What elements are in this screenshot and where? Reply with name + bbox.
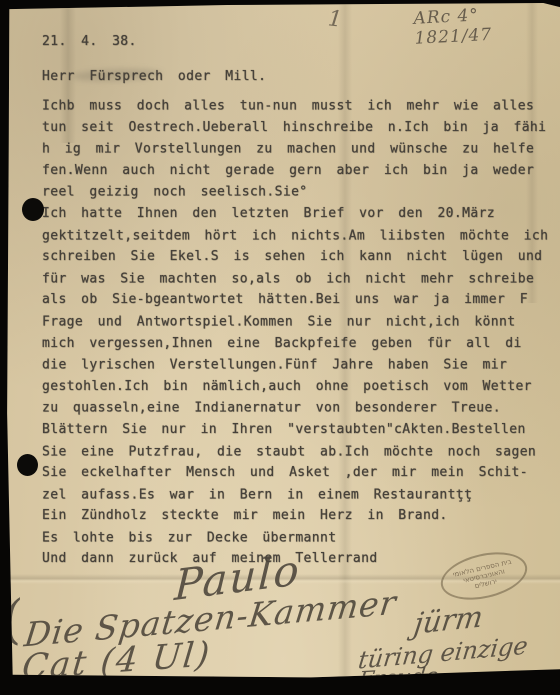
typed-line: Ein Zündholz steckte mir mein Herz in Br… bbox=[42, 505, 560, 527]
typed-line: zu quasseln,eine Indianernatur von beson… bbox=[42, 398, 560, 420]
handwritten-note-line: jürm bbox=[412, 599, 486, 641]
typed-line: Sie eine Putzfrau, die staubt ab.Ich möc… bbox=[42, 441, 560, 463]
typed-line: für was Sie machten so,als ob ich nicht … bbox=[42, 268, 560, 290]
typed-line: gektitzelt,seitdem hört ich nichts.Am li… bbox=[42, 225, 560, 247]
typed-line: als ob Sie-bgeantwortet hätten.Bei uns w… bbox=[42, 289, 560, 311]
punch-hole bbox=[17, 454, 38, 476]
typed-line: Ichb muss doch alles tun-nun musst ich m… bbox=[42, 96, 560, 118]
letter-salutation: Herr Fürsprech oder Mill. bbox=[42, 69, 266, 84]
punch-hole bbox=[22, 198, 44, 221]
typed-line: mich vergessen,Ihnen eine Backpfeife geb… bbox=[42, 333, 560, 355]
typed-line: schreiben Sie Ekel.S is sehen ich kann n… bbox=[42, 246, 560, 268]
typed-line: fen.Wenn auch nicht gerade gern aber ich… bbox=[42, 160, 560, 182]
typed-line: Sie eckelhafter Mensch und Asket ,der mi… bbox=[42, 462, 560, 484]
typed-line: h ig mir Vorstellungen zu machen und wün… bbox=[42, 139, 560, 161]
typed-line: die lyrischen Verstellungen.Fünf Jahre h… bbox=[42, 355, 560, 377]
typed-line: Blättern Sie nur in Ihren "verstaubten"c… bbox=[42, 419, 560, 441]
typed-line: reel geizig noch seelisch.Sie° bbox=[42, 182, 560, 204]
handwritten-page-number: 1 bbox=[327, 6, 344, 32]
typed-line: Frage und Antwortspiel.Kommen Sie nur ni… bbox=[42, 311, 560, 333]
typed-line: zel aufass.Es war in Bern in einem Resta… bbox=[42, 484, 560, 506]
typed-line: gestohlen.Ich bin nämlich,auch ohne poet… bbox=[42, 376, 560, 398]
letter-body: Ichb muss doch alles tun-nun musst ich m… bbox=[42, 95, 560, 570]
typed-line: Ich hatte Ihnen den letzten Brief vor de… bbox=[42, 203, 560, 225]
typed-line: tun seit Oestrech.Ueberall hinschreibe n… bbox=[42, 117, 560, 139]
letter-scan-paper: 1 ARc 4° 1821/47 21. 4. 38. Herr Fürspre… bbox=[6, 3, 560, 687]
archive-shelfmark: ARc 4° 1821/47 bbox=[413, 3, 560, 49]
letter-date: 21. 4. 38. bbox=[42, 34, 137, 49]
